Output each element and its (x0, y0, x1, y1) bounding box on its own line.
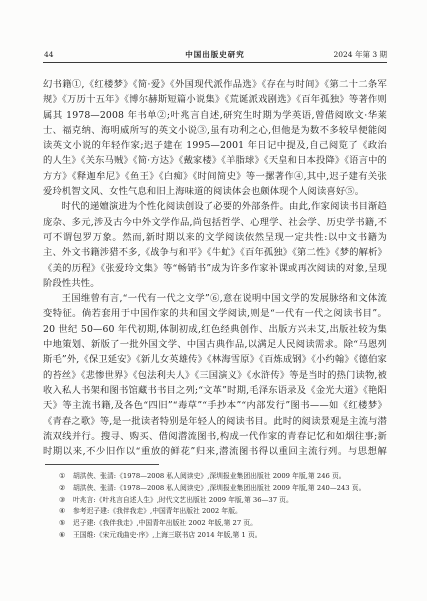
footnote-marker: ④ (59, 506, 73, 518)
footnote-item: ④ 参考迟子建:《我伴我走》,中国青年出版社 2002 年版。 (59, 506, 385, 518)
footnote-text: 王国维:《宋元戏曲史·序》,上海三联书店 2014 年版,第 1 页。 (73, 530, 385, 542)
footnote-item: ③ 叶兆言:《叶兆言自述人生》,时代文艺出版社 2009 年版,第 36—37 … (59, 495, 385, 507)
header-divider (43, 62, 387, 63)
footnote-divider (45, 464, 159, 465)
footnote-marker: ② (59, 483, 73, 495)
footnote-text: 参考迟子建:《我伴我走》,中国青年出版社 2002 年版。 (73, 506, 385, 518)
issue-label: 2024 年第 3 期 (333, 50, 387, 60)
footnote-item: ⑥ 王国维:《宋元戏曲史·序》,上海三联书店 2014 年版,第 1 页。 (59, 530, 385, 542)
footnote-marker: ⑤ (59, 518, 73, 530)
footnote-marker: ⑥ (59, 530, 73, 542)
footnote-item: ② 胡洪侠、张清:《1978—2008 私人阅读史》,深圳报业集团出版社 200… (59, 483, 385, 495)
footnote-text: 胡洪侠、张清:《1978—2008 私人阅读史》,深圳报业集团出版社 2009 … (73, 483, 385, 495)
footnote-text: 胡洪侠、张清:《1978—2008 私人阅读史》,深圳报业集团出版社 2009 … (73, 471, 385, 483)
page-number: 44 (44, 50, 54, 60)
paragraph-continuation: 幻书籍①,《红楼梦》《简·爱》《外国现代派作品选》《存在与时间》《第二十二条军规… (43, 77, 387, 199)
footnote-text: 叶兆言:《叶兆言自述人生》,时代文艺出版社 2009 年版,第 36—37 页。 (73, 495, 385, 507)
footnote-marker: ③ (59, 495, 73, 507)
journal-page: 44 中国出版史研究 2024 年第 3 期 幻书籍①,《红楼梦》《简·爱》《外… (0, 0, 427, 601)
paragraph: 时代的递嬗演进为个性化阅读创设了必要的外部条件。由此,作家阅读书目渐趋庞杂、多元… (43, 199, 387, 291)
footnote-text: 迟子建:《我伴我走》,中国青年出版社 2002 年版,第 27 页。 (73, 518, 385, 530)
paragraph: 王国维曾有言,“一代有一代之文学”⑥,意在说明中国文学的发展脉络和文体流变特征。… (43, 291, 387, 459)
footnote-item: ① 胡洪侠、张清:《1978—2008 私人阅读史》,深圳报业集团出版社 200… (59, 471, 385, 483)
footnote-item: ⑤ 迟子建:《我伴我走》,中国青年出版社 2002 年版,第 27 页。 (59, 518, 385, 530)
footnote-marker: ① (59, 471, 73, 483)
article-body: 幻书籍①,《红楼梦》《简·爱》《外国现代派作品选》《存在与时间》《第二十二条军规… (43, 77, 387, 459)
running-head: 44 中国出版史研究 2024 年第 3 期 (43, 50, 387, 62)
footnote-list: ① 胡洪侠、张清:《1978—2008 私人阅读史》,深圳报业集团出版社 200… (59, 471, 385, 542)
